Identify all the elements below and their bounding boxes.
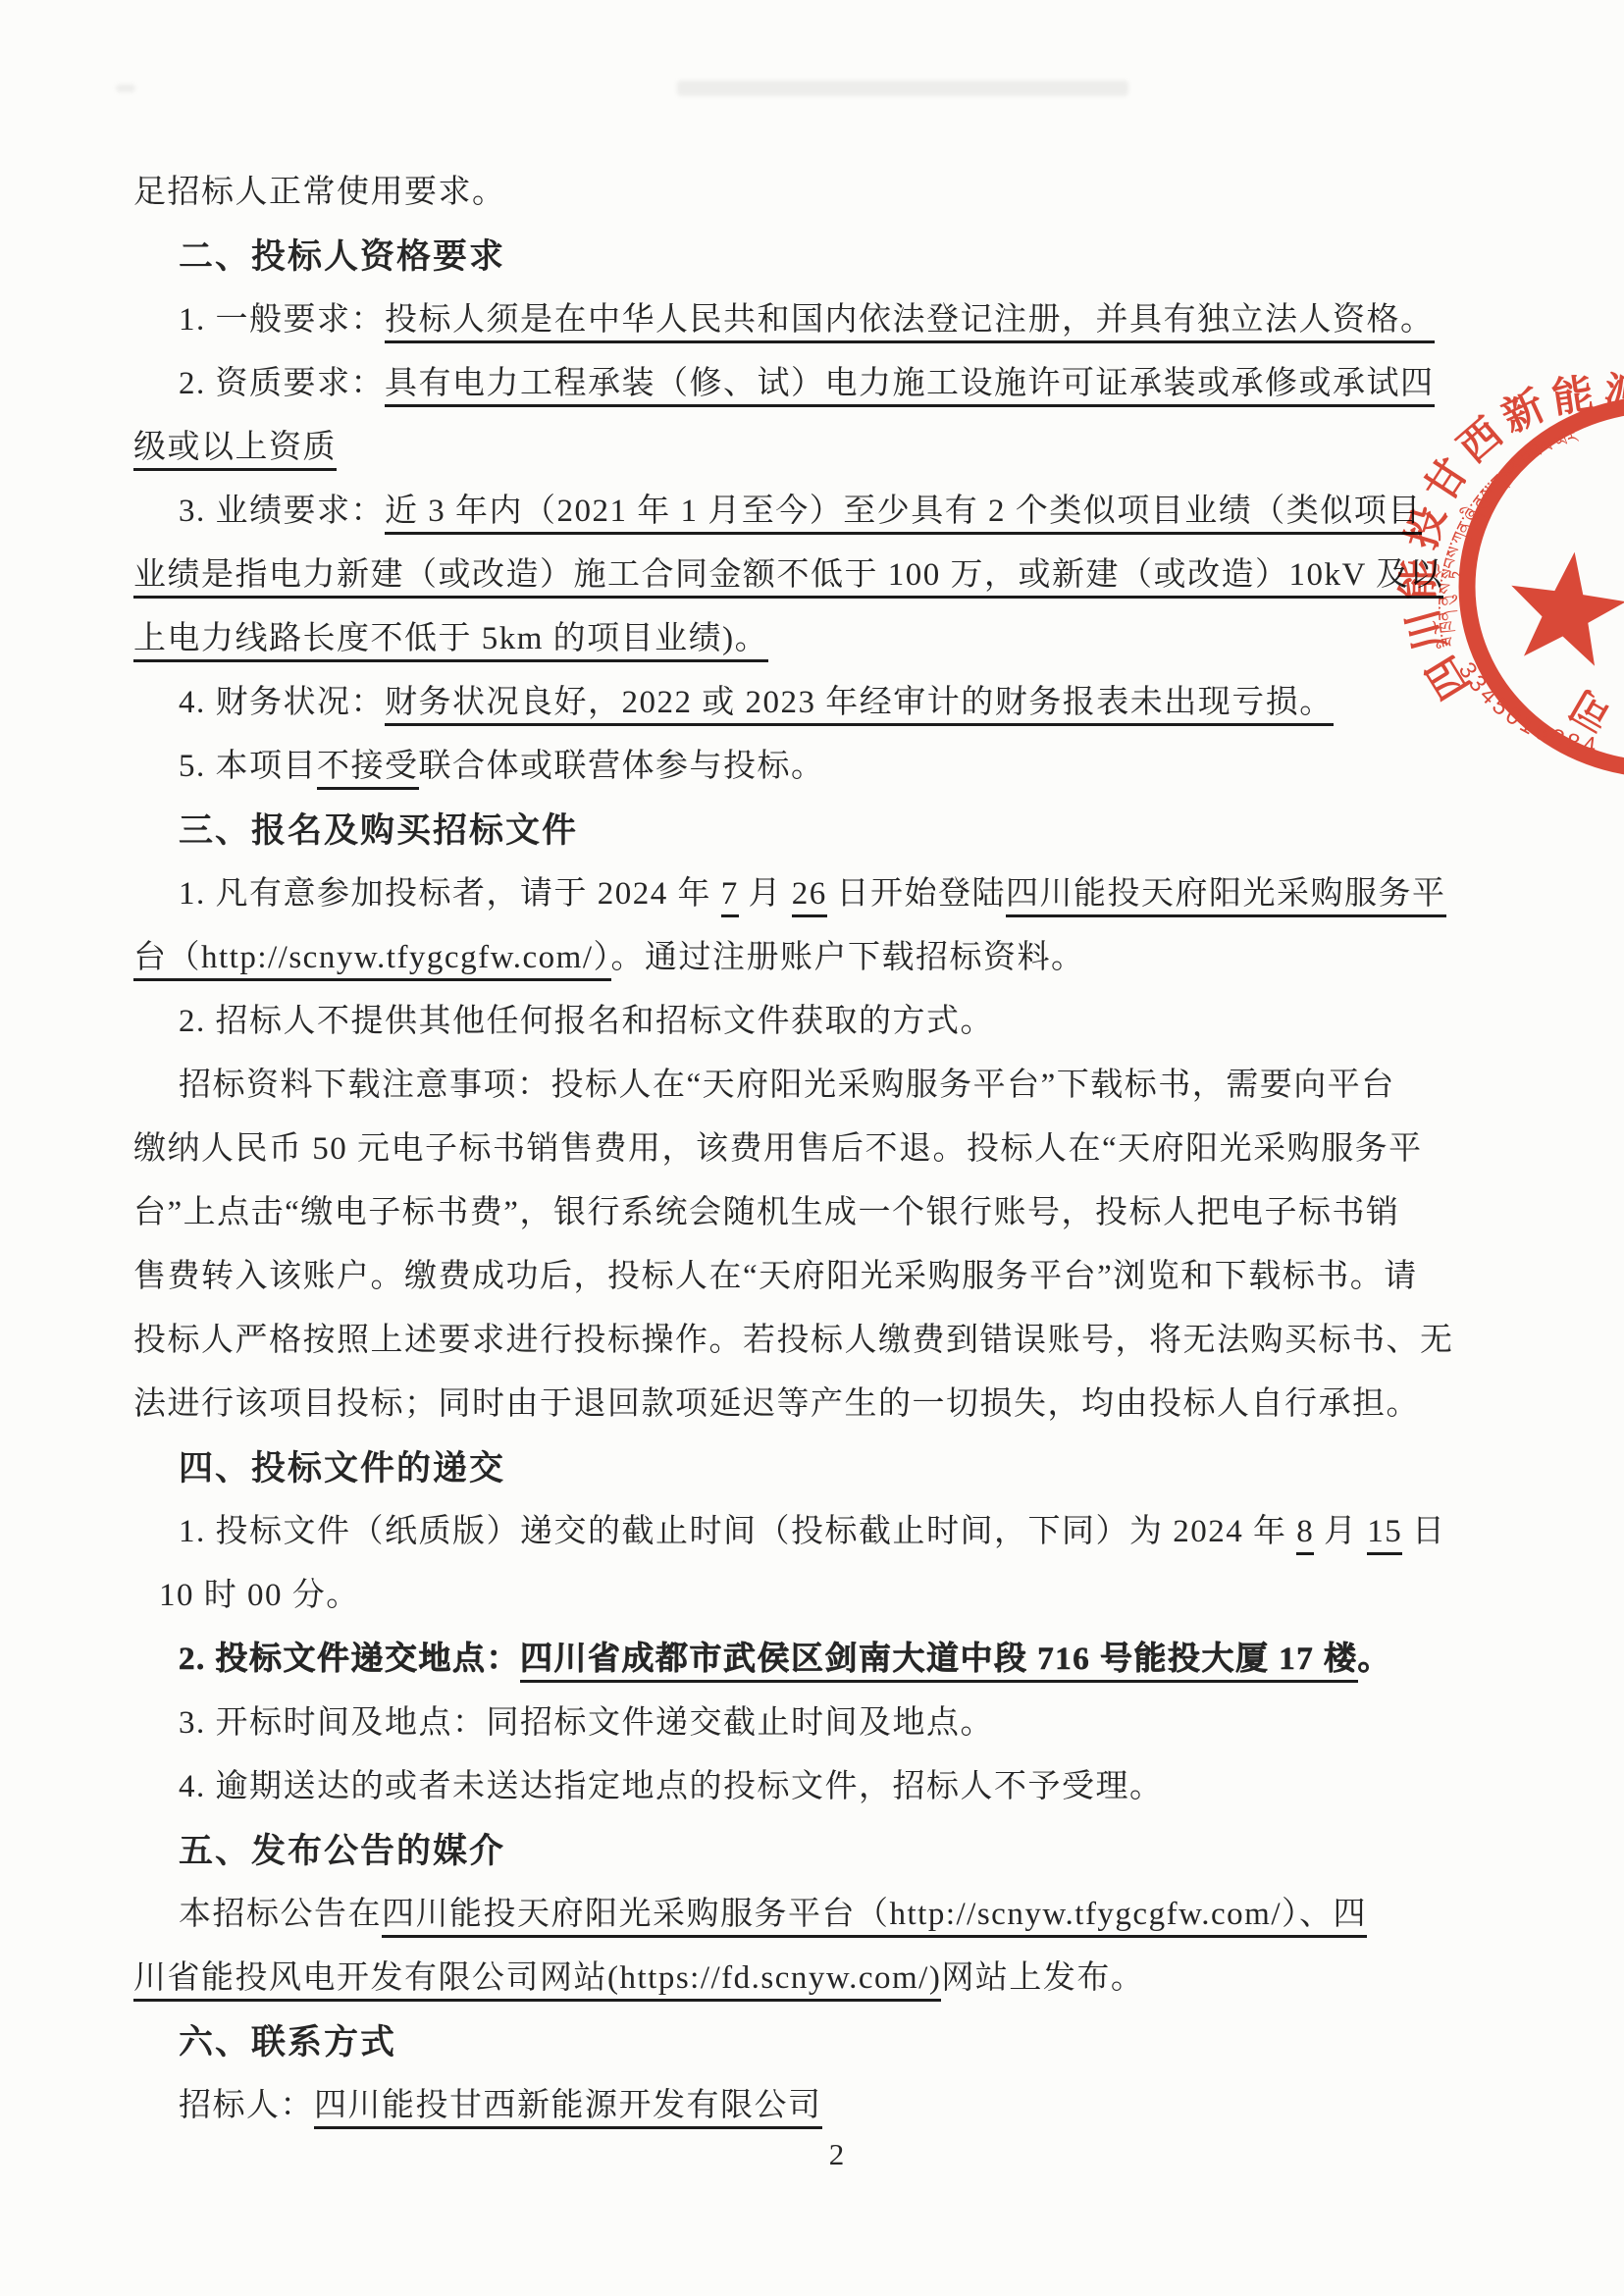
text-line: 售费转入该账户。缴费成功后，投标人在“天府阳光采购服务平台”浏览和下载标书。请 <box>133 1245 1507 1309</box>
text-line: 1. 投标文件（纸质版）递交的截止时间（投标截止时间，下同）为 2024 年 8… <box>133 1500 1507 1564</box>
text-run: 六、联系方式 <box>179 2023 396 2061</box>
text-line: 4. 财务状况：财务状况良好，2022 或 2023 年经审计的财务报表未出现亏… <box>133 671 1507 735</box>
text-run: 7 <box>721 876 739 917</box>
section-heading: 五、发布公告的媒介 <box>133 1819 1507 1883</box>
text-run: 三、报名及购买招标文件 <box>179 811 578 850</box>
text-run: 1. 凡有意参加投标者，请于 2024 年 <box>179 876 721 912</box>
text-run: 4. 逾期送达的或者未送达指定地点的投标文件，招标人不予受理。 <box>179 1769 1164 1804</box>
text-run: 2. 招标人不提供其他任何报名和招标文件获取的方式。 <box>179 1004 994 1039</box>
text-run: 法进行该项目投标；同时由于退回款项延迟等产生的一切损失，均由投标人自行承担。 <box>133 1386 1420 1422</box>
text-run: 投标人严格按照上述要求进行投标操作。若投标人缴费到错误账号，将无法购买标书、无 <box>133 1323 1454 1358</box>
text-run: 财务状况良好，2022 或 2023 年经审计的财务报表未出现亏损。 <box>385 685 1334 726</box>
text-run: 近 3 年内（2021 年 1 月至今）至少具有 2 个类似项目业绩（类似项目 <box>385 494 1422 535</box>
text-line: 级或以上资质 <box>133 416 1507 480</box>
text-run: 网站上发布。 <box>941 1960 1144 1996</box>
page-number: 2 <box>25 2137 1624 2172</box>
document-page: 足招标人正常使用要求。二、投标人资格要求1. 一般要求：投标人须是在中华人民共和… <box>0 0 1624 2296</box>
text-run: 售费转入该账户。缴费成功后，投标人在“天府阳光采购服务平台”浏览和下载标书。请 <box>133 1259 1418 1294</box>
seal-bottom-char: 司 <box>1563 681 1619 739</box>
text-line: 川省能投风电开发有限公司网站(https://fd.scnyw.com/)网站上… <box>133 1947 1507 2010</box>
text-run: 投标人须是在中华人民共和国内依法登记注册，并具有独立法人资格。 <box>385 302 1435 343</box>
text-line: 10 时 00 分。 <box>133 1564 1507 1628</box>
text-line: 台”上点击“缴电子标书费”，银行系统会随机生成一个银行账号，投标人把电子标书销 <box>133 1181 1507 1245</box>
section-heading: 二、投标人资格要求 <box>133 225 1507 288</box>
text-line: 3. 开标时间及地点：同招标文件递交截止时间及地点。 <box>133 1692 1507 1755</box>
text-run: 3. 业绩要求： <box>179 494 385 529</box>
scan-smudge <box>116 84 135 92</box>
text-run: 。 <box>1358 1642 1392 1677</box>
text-line: 缴纳人民币 50 元电子标书销售费用，该费用售后不退。投标人在“天府阳光采购服务… <box>133 1118 1507 1181</box>
text-run: 缴纳人民币 50 元电子标书销售费用，该费用售后不退。投标人在“天府阳光采购服务… <box>133 1131 1423 1167</box>
text-line: 2. 招标人不提供其他任何报名和招标文件获取的方式。 <box>133 990 1507 1054</box>
text-run: 上电力线路长度不低于 5km 的项目业绩)。 <box>133 621 768 662</box>
section-heading: 四、投标文件的递交 <box>133 1436 1507 1500</box>
section-heading: 三、报名及购买招标文件 <box>133 799 1507 862</box>
text-run: 四川能投甘西新能源开发有限公司 <box>314 2088 822 2129</box>
text-line: 法进行该项目投标；同时由于退回款项延迟等产生的一切损失，均由投标人自行承担。 <box>133 1373 1507 1436</box>
text-run: 足招标人正常使用要求。 <box>133 175 506 210</box>
text-run: 日开始登陆 <box>827 876 1006 912</box>
text-line: 1. 凡有意参加投标者，请于 2024 年 7 月 26 日开始登陆四川能投天府… <box>133 862 1507 926</box>
text-run: 月 <box>1314 1514 1367 1549</box>
text-run: 四川省成都市武侯区剑南大道中段 716 号能投大厦 17 楼 <box>520 1642 1358 1683</box>
seal-star-icon <box>1502 544 1624 669</box>
text-line: 投标人严格按照上述要求进行投标操作。若投标人缴费到错误账号，将无法购买标书、无 <box>133 1309 1507 1373</box>
text-line: 上电力线路长度不低于 5km 的项目业绩)。 <box>133 607 1507 671</box>
text-run: 2. 投标文件递交地点： <box>179 1642 520 1677</box>
text-run: 五、发布公告的媒介 <box>179 1832 505 1870</box>
text-run: 15 <box>1367 1514 1402 1555</box>
text-run: 四川能投天府阳光采购服务平台（http://scnyw.tfygcgfw.com… <box>382 1897 1367 1938</box>
text-run: 10 时 00 分。 <box>159 1578 360 1613</box>
text-run: 级或以上资质 <box>133 430 337 471</box>
text-run: 。通过注册账户下载招标资料。 <box>611 940 1085 975</box>
text-run: 26 <box>792 876 827 917</box>
text-run: 招标人： <box>179 2088 314 2123</box>
text-run: 招标资料下载注意事项：投标人在“天府阳光采购服务平台”下载标书，需要向平台 <box>179 1068 1395 1103</box>
text-run: 业绩是指电力新建（或改造）施工合同金额不低于 100 万，或新建（或改造）10k… <box>133 557 1443 599</box>
text-line: 5. 本项目不接受联合体或联营体参与投标。 <box>133 735 1507 799</box>
document-content: 足招标人正常使用要求。二、投标人资格要求1. 一般要求：投标人须是在中华人民共和… <box>133 161 1507 2138</box>
text-line: 足招标人正常使用要求。 <box>133 161 1507 225</box>
text-run: 二、投标人资格要求 <box>179 237 505 276</box>
text-line: 2. 投标文件递交地点：四川省成都市武侯区剑南大道中段 716 号能投大厦 17… <box>133 1628 1507 1692</box>
text-line: 业绩是指电力新建（或改造）施工合同金额不低于 100 万，或新建（或改造）10k… <box>133 544 1507 607</box>
text-run: 1. 投标文件（纸质版）递交的截止时间（投标截止时间，下同）为 2024 年 <box>179 1514 1296 1549</box>
text-run: 1. 一般要求： <box>179 302 385 338</box>
text-run: 四川能投天府阳光采购服务平 <box>1006 876 1446 917</box>
text-run: 台（http://scnyw.tfygcgfw.com/） <box>133 940 611 981</box>
text-line: 4. 逾期送达的或者未送达指定地点的投标文件，招标人不予受理。 <box>133 1755 1507 1819</box>
text-run: 2. 资质要求： <box>179 366 385 401</box>
text-line: 台（http://scnyw.tfygcgfw.com/）。通过注册账户下载招标… <box>133 926 1507 990</box>
text-run: 川省能投风电开发有限公司网站(https://fd.scnyw.com/) <box>133 1960 941 2002</box>
text-line: 1. 一般要求：投标人须是在中华人民共和国内依法登记注册，并具有独立法人资格。 <box>133 288 1507 352</box>
text-run: 台”上点击“缴电子标书费”，银行系统会随机生成一个银行账号，投标人把电子标书销 <box>133 1195 1399 1230</box>
text-line: 招标资料下载注意事项：投标人在“天府阳光采购服务平台”下载标书，需要向平台 <box>133 1054 1507 1118</box>
text-run: 4. 财务状况： <box>179 685 385 720</box>
text-run: 3. 开标时间及地点：同招标文件递交截止时间及地点。 <box>179 1705 994 1741</box>
text-line: 3. 业绩要求：近 3 年内（2021 年 1 月至今）至少具有 2 个类似项目… <box>133 480 1507 544</box>
text-run: 联合体或联营体参与投标。 <box>419 749 825 784</box>
text-run: 5. 本项目 <box>179 749 317 784</box>
text-line: 2. 资质要求：具有电力工程承装（修、试）电力施工设施许可证承装或承修或承试四 <box>133 352 1507 416</box>
text-run: 四、投标文件的递交 <box>179 1449 505 1487</box>
text-run: 本招标公告在 <box>179 1897 382 1932</box>
text-run: 日 <box>1402 1514 1445 1549</box>
section-heading: 六、联系方式 <box>133 2010 1507 2074</box>
text-run: 具有电力工程承装（修、试）电力施工设施许可证承装或承修或承试四 <box>385 366 1435 407</box>
text-line: 招标人：四川能投甘西新能源开发有限公司 <box>133 2074 1507 2138</box>
scan-smudge <box>677 80 1128 96</box>
text-line: 本招标公告在四川能投天府阳光采购服务平台（http://scnyw.tfygcg… <box>133 1883 1507 1947</box>
text-run: 月 <box>739 876 792 912</box>
text-run: 不接受 <box>317 749 419 790</box>
text-run: 8 <box>1296 1514 1314 1555</box>
